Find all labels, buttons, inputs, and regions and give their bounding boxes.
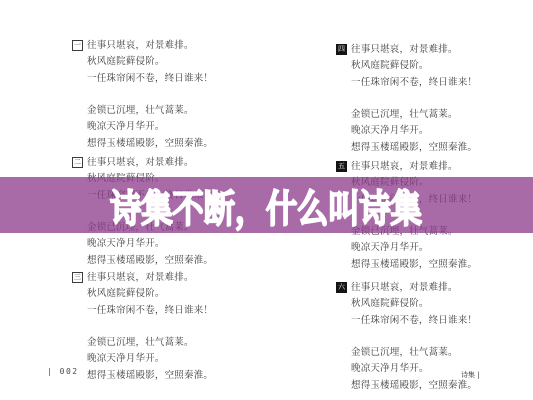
- poem-text: 往事只堪哀，对景难排。 秋风庭院藓侵阶。 一任珠帘闲不卷，终日谁来！ 金锁已沉埋…: [87, 38, 237, 152]
- poem-line: 想得玉楼瑶殿影，空照秦淮。: [351, 140, 501, 156]
- banner-title: 诗集不断，什么叫诗集: [111, 178, 423, 233]
- title-banner: 诗集不断，什么叫诗集: [0, 177, 533, 233]
- poem-line: 晚凉天净月华开。: [87, 236, 237, 252]
- poem-line: 一任珠帘闲不卷，终日谁来！: [87, 71, 237, 87]
- poem-line: 往事只堪哀，对景难排。: [87, 270, 237, 286]
- poem-line: 往事只堪哀，对景难排。: [87, 155, 237, 171]
- poem-line: 一任珠帘闲不卷，终日谁来！: [351, 75, 501, 91]
- poem-line: 想得玉楼瑶殿影，空照秦淮。: [87, 368, 237, 384]
- poem-line: 金锁已沉埋，壮气蒿莱。: [87, 335, 237, 351]
- poem-line: 想得玉楼瑶殿影，空照秦淮。: [87, 253, 237, 269]
- stanza-gap: [87, 87, 237, 103]
- poem-block-3: 三 往事只堪哀，对景难排。 秋风庭院藓侵阶。 一任珠帘闲不卷，终日谁来！ 金锁已…: [87, 270, 237, 384]
- poem-number-box: 三: [72, 272, 83, 283]
- poem-line: 金锁已沉埋，壮气蒿莱。: [87, 103, 237, 119]
- poem-line: 往事只堪哀，对景难排。: [351, 42, 501, 58]
- page-footer-right: 诗集 |: [461, 370, 480, 380]
- stanza-gap: [87, 319, 237, 335]
- poem-line: 晚凉天净月华开。: [351, 123, 501, 139]
- poem-line: 想得玉楼瑶殿影，空照秦淮。: [351, 378, 501, 394]
- page-number-left: | 002: [47, 367, 79, 376]
- poem-line: 晚凉天净月华开。: [87, 119, 237, 135]
- poem-line: 秋风庭院藓侵阶。: [351, 296, 501, 312]
- poem-line: 金锁已沉埋，壮气蒿莱。: [351, 345, 501, 361]
- poem-line: 往事只堪哀，对景难排。: [351, 159, 501, 175]
- poem-line: 金锁已沉埋，壮气蒿莱。: [351, 107, 501, 123]
- poem-line: 秋风庭院藓侵阶。: [87, 54, 237, 70]
- poem-line: 一任珠帘闲不卷，终日谁来！: [351, 313, 501, 329]
- poem-line: 晚凉天净月华开。: [87, 351, 237, 367]
- poem-line: 往事只堪哀，对景难排。: [87, 38, 237, 54]
- poem-number-box: 一: [72, 40, 83, 51]
- stanza-gap: [351, 329, 501, 345]
- stanza-gap: [351, 91, 501, 107]
- poem-line: 往事只堪哀，对景难排。: [351, 280, 501, 296]
- poem-text: 往事只堪哀，对景难排。 秋风庭院藓侵阶。 一任珠帘闲不卷，终日谁来！ 金锁已沉埋…: [351, 42, 501, 156]
- poem-block-1: 一 往事只堪哀，对景难排。 秋风庭院藓侵阶。 一任珠帘闲不卷，终日谁来！ 金锁已…: [87, 38, 237, 152]
- poem-line: 秋风庭院藓侵阶。: [351, 58, 501, 74]
- poem-number-box: 二: [72, 157, 83, 168]
- poem-line: 想得玉楼瑶殿影，空照秦淮。: [351, 257, 501, 273]
- poem-text: 往事只堪哀，对景难排。 秋风庭院藓侵阶。 一任珠帘闲不卷，终日谁来！ 金锁已沉埋…: [87, 270, 237, 384]
- poem-line: 想得玉楼瑶殿影，空照秦淮。: [87, 136, 237, 152]
- poem-line: 一任珠帘闲不卷，终日谁来！: [87, 303, 237, 319]
- poem-line: 晚凉天净月华开。: [351, 240, 501, 256]
- poem-number-box: 四: [336, 44, 347, 55]
- poem-block-4: 四 往事只堪哀，对景难排。 秋风庭院藓侵阶。 一任珠帘闲不卷，终日谁来！ 金锁已…: [351, 42, 501, 156]
- poem-number-box: 五: [336, 161, 347, 172]
- poem-line: 秋风庭院藓侵阶。: [87, 286, 237, 302]
- poem-number-box: 六: [336, 282, 347, 293]
